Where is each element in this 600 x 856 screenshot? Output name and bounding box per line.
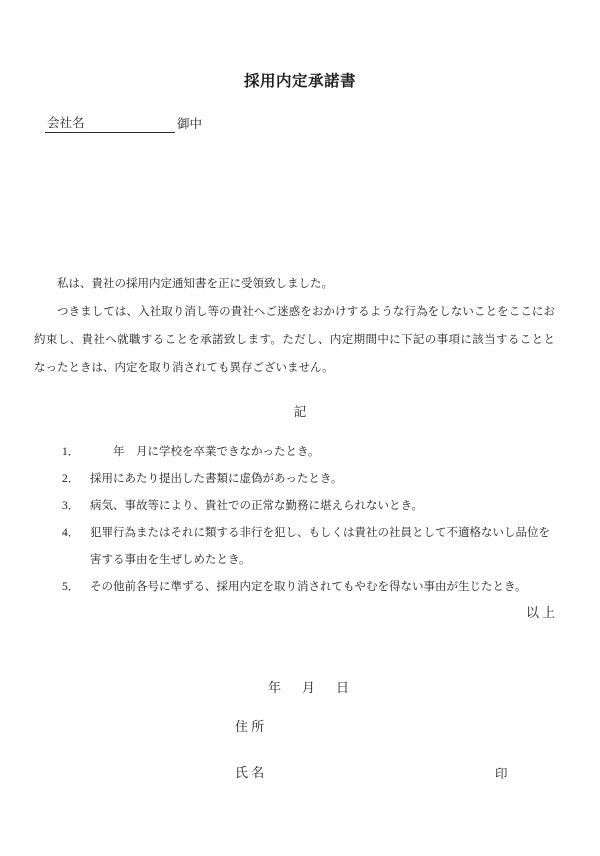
conditions-list: 1． 年 月に学校を卒業できなかったとき。 2． 採用にあたり提出した書類に虚偽… <box>90 439 560 601</box>
item-number: 2． <box>62 466 79 493</box>
item-text: その他前各号に準ずる、採用内定を取り消されてもやむを得ない事由が生じたとき。 <box>90 574 560 601</box>
address-label: 住 所 <box>235 720 264 734</box>
document-title: 採用内定承諾書 <box>0 71 600 93</box>
honorific-label: 御中 <box>177 117 202 131</box>
body-paragraphs: 私は、貴社の採用内定通知書を正に受領致しました。 つきましては、入社取り消し等の… <box>34 270 555 382</box>
list-item: 5． その他前各号に準ずる、採用内定を取り消されてもやむを得ない事由が生じたとき… <box>90 574 560 601</box>
date-line: 年 月 日 <box>268 681 349 695</box>
record-marker: 記 <box>0 400 600 424</box>
name-label: 氏 名 <box>235 766 264 780</box>
item-text: 病気、事故等により、貴社での正常な勤務に堪えられないとき。 <box>90 493 560 520</box>
day-label: 日 <box>336 681 349 695</box>
month-label: 月 <box>302 681 315 695</box>
company-addressee-line: 会社名御中 <box>45 114 202 133</box>
paragraph-line: 約束し、貴社へ就職することを承諾致します。ただし、内定期間中に下記の事項に該当す… <box>34 326 555 354</box>
year-label: 年 <box>268 681 281 695</box>
item-number: 3． <box>62 493 79 520</box>
acceptance-document-page: 採用内定承諾書 会社名御中 私は、貴社の採用内定通知書を正に受領致しました。 つ… <box>0 0 600 856</box>
company-name-label: 会社名 <box>47 116 85 130</box>
item-number: 4． <box>62 520 79 547</box>
list-item: 4． 犯罪行為またはそれに類する非行を犯し、もしくは貴社の社員として不適格ないし… <box>90 520 560 574</box>
paragraph-line: 私は、貴社の採用内定通知書を正に受領致しました。 <box>34 270 555 298</box>
company-name-blank-field: 会社名 <box>45 114 175 133</box>
paragraph-line: つきましては、入社取り消し等の貴社へご迷惑をおかけするような行為をしないことをこ… <box>34 298 555 326</box>
list-item: 1． 年 月に学校を卒業できなかったとき。 <box>90 439 560 466</box>
item-text: 年 月に学校を卒業できなかったとき。 <box>90 439 560 466</box>
list-item: 2． 採用にあたり提出した書類に虚偽があったとき。 <box>90 466 560 493</box>
item-number: 5． <box>62 574 79 601</box>
list-item: 3． 病気、事故等により、貴社での正常な勤務に堪えられないとき。 <box>90 493 560 520</box>
closing-marker: 以上 <box>0 599 600 626</box>
paragraph-line: なったときは、内定を取り消されても異存ございません。 <box>34 354 555 382</box>
item-text: 犯罪行為またはそれに類する非行を犯し、もしくは貴社の社員として不適格ないし品位を <box>90 520 560 547</box>
seal-label: 印 <box>495 767 508 781</box>
item-text: 採用にあたり提出した書類に虚偽があったとき。 <box>90 466 560 493</box>
item-text-continued: 害する事由を生ぜしめたとき。 <box>90 547 560 574</box>
item-number: 1． <box>62 439 79 466</box>
